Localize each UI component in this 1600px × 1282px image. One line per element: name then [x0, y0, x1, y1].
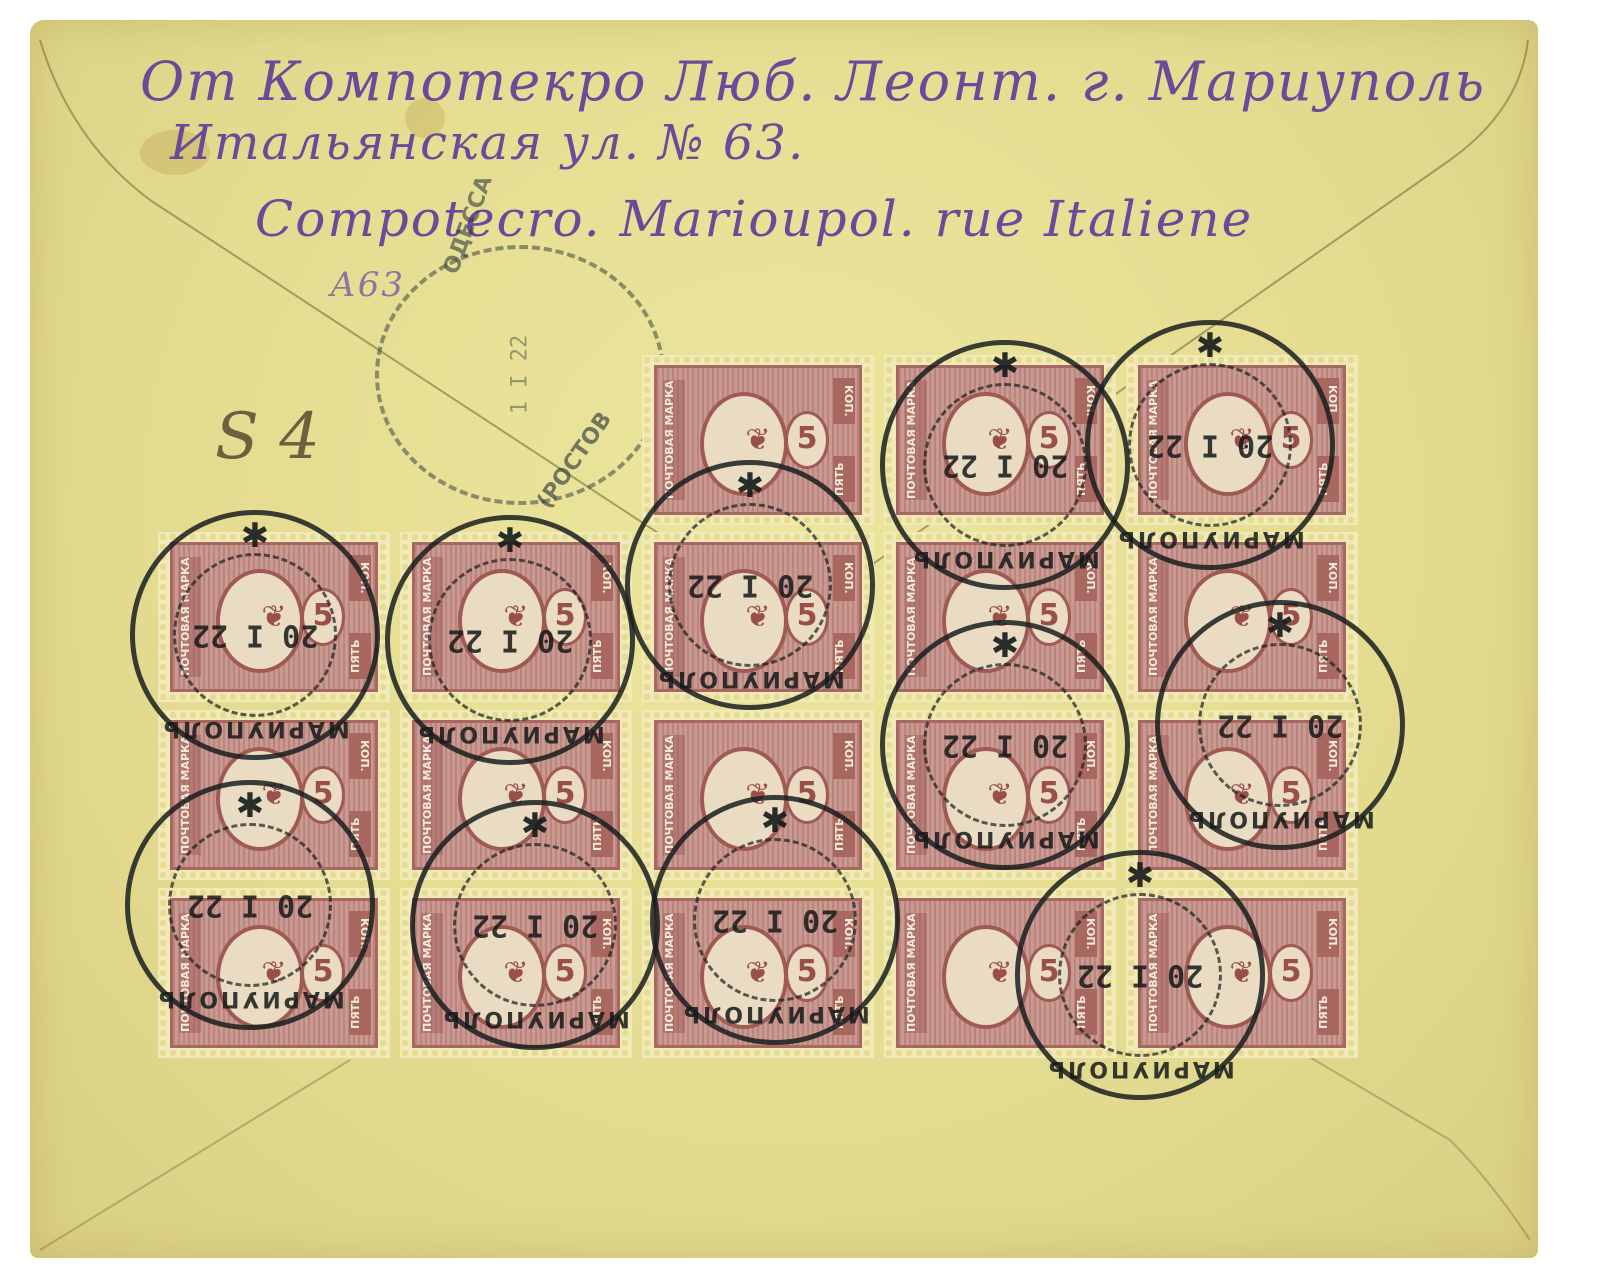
stamp-side-label: ПОЧТОВАЯ МАРКА — [179, 557, 201, 677]
stamp-design: ПОЧТОВАЯ МАРКА❦КОП.5ПЯТЬ — [1138, 542, 1346, 692]
stamp-design: ПОЧТОВАЯ МАРКА❦КОП.5ПЯТЬ — [654, 542, 862, 692]
eagle-icon: ❦ — [1229, 423, 1254, 458]
stamp-design: ПОЧТОВАЯ МАРКА❦КОП.5ПЯТЬ — [1138, 720, 1346, 870]
stamp-unit: КОП. — [1075, 733, 1097, 779]
stamp-word: ПЯТЬ — [833, 989, 855, 1035]
stamp-unit: КОП. — [1075, 378, 1097, 424]
postage-stamp: ПОЧТОВАЯ МАРКА❦КОП.5ПЯТЬ — [1126, 532, 1358, 702]
address-overwrite-note: А63 — [330, 265, 405, 305]
pencil-notation: Ѕ 4 — [215, 400, 320, 474]
eagle-icon: ❦ — [503, 956, 528, 991]
stamp-denomination: 5 — [1027, 766, 1071, 824]
stamp-denomination: 5 — [785, 944, 829, 1002]
stamp-denomination: 5 — [785, 411, 829, 469]
postage-stamp: ПОЧТОВАЯ МАРКА❦КОП.5ПЯТЬ — [884, 532, 1116, 702]
stamp-denomination: 5 — [1027, 944, 1071, 1002]
eagle-icon: ❦ — [745, 956, 770, 991]
stamp-denomination: 5 — [1269, 411, 1313, 469]
stamp-word: ПЯТЬ — [1317, 989, 1339, 1035]
eagle-icon: ❦ — [987, 423, 1012, 458]
postage-stamp: ПОЧТОВАЯ МАРКА❦КОП.5ПЯТЬ — [642, 532, 874, 702]
postage-stamp: ПОЧТОВАЯ МАРКА❦КОП.5ПЯТЬ — [884, 355, 1116, 525]
stamp-side-label: ПОЧТОВАЯ МАРКА — [1147, 557, 1169, 677]
stamp-word: ПЯТЬ — [1075, 989, 1097, 1035]
stamp-design: ПОЧТОВАЯ МАРКА❦КОП.5ПЯТЬ — [1138, 898, 1346, 1048]
stamp-denomination: 5 — [543, 588, 587, 646]
postage-stamp: ПОЧТОВАЯ МАРКА❦КОП.5ПЯТЬ — [884, 888, 1116, 1058]
eagle-icon: ❦ — [261, 956, 286, 991]
stamp-unit: КОП. — [349, 555, 371, 601]
postage-stamp: ПОЧТОВАЯ МАРКА❦КОП.5ПЯТЬ — [884, 710, 1116, 880]
stamp-side-label: ПОЧТОВАЯ МАРКА — [663, 557, 685, 677]
stamp-word: ПЯТЬ — [349, 811, 371, 857]
stamp-word: ПЯТЬ — [591, 989, 613, 1035]
eagle-icon: ❦ — [1229, 778, 1254, 813]
eagle-icon: ❦ — [503, 778, 528, 813]
stamp-design: ПОЧТОВАЯ МАРКА❦КОП.5ПЯТЬ — [654, 720, 862, 870]
stamp-side-label: ПОЧТОВАЯ МАРКА — [905, 913, 927, 1033]
eagle-icon: ❦ — [1229, 600, 1254, 635]
stamp-unit: КОП. — [1317, 378, 1339, 424]
stamp-word: ПЯТЬ — [1317, 633, 1339, 679]
postage-stamp: ПОЧТОВАЯ МАРКА❦КОП.5ПЯТЬ — [158, 532, 390, 702]
stamp-oval — [942, 747, 1030, 851]
stamp-unit: КОП. — [833, 378, 855, 424]
stamp-word: ПЯТЬ — [349, 633, 371, 679]
postage-stamp: ПОЧТОВАЯ МАРКА❦КОП.5ПЯТЬ — [1126, 355, 1358, 525]
stamp-oval — [1184, 392, 1272, 496]
stamp-design: ПОЧТОВАЯ МАРКА❦КОП.5ПЯТЬ — [1138, 365, 1346, 515]
stamp-oval — [216, 747, 304, 851]
sender-address-line-2: Итальянская ул. № 63. — [170, 115, 805, 171]
stamp-denomination: 5 — [785, 588, 829, 646]
stamp-design: ПОЧТОВАЯ МАРКА❦КОП.5ПЯТЬ — [896, 542, 1104, 692]
stamp-unit: КОП. — [1075, 911, 1097, 957]
stamp-design: ПОЧТОВАЯ МАРКА❦КОП.5ПЯТЬ — [170, 720, 378, 870]
postage-stamp: ПОЧТОВАЯ МАРКА❦КОП.5ПЯТЬ — [158, 710, 390, 880]
stamp-word: ПЯТЬ — [349, 989, 371, 1035]
eagle-icon: ❦ — [745, 778, 770, 813]
eagle-icon: ❦ — [261, 600, 286, 635]
stamp-denomination: 5 — [1027, 411, 1071, 469]
stamp-oval — [942, 569, 1030, 673]
stamp-denomination: 5 — [301, 944, 345, 1002]
stamp-unit: КОП. — [1317, 911, 1339, 957]
stamp-design: ПОЧТОВАЯ МАРКА❦КОП.5ПЯТЬ — [170, 898, 378, 1048]
postage-stamp: ПОЧТОВАЯ МАРКА❦КОП.5ПЯТЬ — [158, 888, 390, 1058]
stamp-denomination: 5 — [785, 766, 829, 824]
stamp-word: ПЯТЬ — [1317, 811, 1339, 857]
stamp-side-label: ПОЧТОВАЯ МАРКА — [905, 557, 927, 677]
stamp-side-label: ПОЧТОВАЯ МАРКА — [663, 735, 685, 855]
stamp-denomination: 5 — [1027, 588, 1071, 646]
stamp-word: ПЯТЬ — [833, 811, 855, 857]
stamp-side-label: ПОЧТОВАЯ МАРКА — [179, 913, 201, 1033]
eagle-icon: ❦ — [745, 423, 770, 458]
sender-address-line-1: От Компотекро Люб. Леонт. г. Мариуполь — [140, 50, 1486, 113]
stamp-side-label: ПОЧТОВАЯ МАРКА — [905, 380, 927, 500]
stamp-oval — [942, 925, 1030, 1029]
stamp-oval — [458, 925, 546, 1029]
stamp-design: ПОЧТОВАЯ МАРКА❦КОП.5ПЯТЬ — [654, 898, 862, 1048]
stamp-design: ПОЧТОВАЯ МАРКА❦КОП.5ПЯТЬ — [170, 542, 378, 692]
eagle-icon: ❦ — [987, 600, 1012, 635]
stamp-oval — [700, 925, 788, 1029]
stamp-denomination: 5 — [1269, 944, 1313, 1002]
stamp-unit: КОП. — [1317, 733, 1339, 779]
transit-postmark-date: 1 I 22 — [508, 234, 533, 516]
postage-stamp: ПОЧТОВАЯ МАРКА❦КОП.5ПЯТЬ — [642, 710, 874, 880]
postage-stamp: ПОЧТОВАЯ МАРКА❦КОП.5ПЯТЬ — [1126, 888, 1358, 1058]
stamp-unit: КОП. — [349, 911, 371, 957]
stamp-design: ПОЧТОВАЯ МАРКА❦КОП.5ПЯТЬ — [412, 542, 620, 692]
stamp-unit: КОП. — [833, 733, 855, 779]
stamp-denomination: 5 — [543, 944, 587, 1002]
stamp-oval — [700, 392, 788, 496]
stamp-side-label: ПОЧТОВАЯ МАРКА — [1147, 913, 1169, 1033]
stamp-side-label: ПОЧТОВАЯ МАРКА — [179, 735, 201, 855]
stamp-oval — [216, 569, 304, 673]
eagle-icon: ❦ — [987, 778, 1012, 813]
sender-address-line-3: Compotecro. Marioupol. rue Italiene — [255, 190, 1253, 248]
stamp-side-label: ПОЧТОВАЯ МАРКА — [905, 735, 927, 855]
stamp-word: ПЯТЬ — [591, 811, 613, 857]
stamp-oval — [216, 925, 304, 1029]
stamp-denomination: 5 — [1269, 766, 1313, 824]
stamp-design: ПОЧТОВАЯ МАРКА❦КОП.5ПЯТЬ — [654, 365, 862, 515]
stamp-word: ПЯТЬ — [1075, 456, 1097, 502]
stamp-design: ПОЧТОВАЯ МАРКА❦КОП.5ПЯТЬ — [412, 898, 620, 1048]
stamp-side-label: ПОЧТОВАЯ МАРКА — [1147, 735, 1169, 855]
stamp-side-label: ПОЧТОВАЯ МАРКА — [663, 380, 685, 500]
stamp-side-label: ПОЧТОВАЯ МАРКА — [421, 913, 443, 1033]
stamp-word: ПЯТЬ — [1317, 456, 1339, 502]
eagle-icon: ❦ — [261, 778, 286, 813]
stamp-word: ПЯТЬ — [591, 633, 613, 679]
stamp-unit: КОП. — [349, 733, 371, 779]
stamp-word: ПЯТЬ — [1075, 633, 1097, 679]
stamp-unit: КОП. — [591, 911, 613, 957]
stamp-unit: КОП. — [1075, 555, 1097, 601]
eagle-icon: ❦ — [745, 600, 770, 635]
stamp-side-label: ПОЧТОВАЯ МАРКА — [1147, 380, 1169, 500]
stamp-oval — [1184, 925, 1272, 1029]
stamp-design: ПОЧТОВАЯ МАРКА❦КОП.5ПЯТЬ — [896, 720, 1104, 870]
stamp-side-label: ПОЧТОВАЯ МАРКА — [421, 735, 443, 855]
stamp-side-label: ПОЧТОВАЯ МАРКА — [663, 913, 685, 1033]
stamp-word: ПЯТЬ — [833, 633, 855, 679]
eagle-icon: ❦ — [1229, 956, 1254, 991]
stamp-oval — [942, 392, 1030, 496]
stamp-oval — [1184, 747, 1272, 851]
stamp-unit: КОП. — [833, 555, 855, 601]
postage-stamp: ПОЧТОВАЯ МАРКА❦КОП.5ПЯТЬ — [400, 888, 632, 1058]
stamp-oval — [458, 569, 546, 673]
stamp-denomination: 5 — [1269, 588, 1313, 646]
stamp-design: ПОЧТОВАЯ МАРКА❦КОП.5ПЯТЬ — [896, 898, 1104, 1048]
stamp-word: ПЯТЬ — [1075, 811, 1097, 857]
stamp-oval — [458, 747, 546, 851]
stamp-design: ПОЧТОВАЯ МАРКА❦КОП.5ПЯТЬ — [412, 720, 620, 870]
eagle-icon: ❦ — [987, 956, 1012, 991]
postage-stamp: ПОЧТОВАЯ МАРКА❦КОП.5ПЯТЬ — [1126, 710, 1358, 880]
stamp-unit: КОП. — [591, 555, 613, 601]
postage-stamp: ПОЧТОВАЯ МАРКА❦КОП.5ПЯТЬ — [642, 888, 874, 1058]
stamp-design: ПОЧТОВАЯ МАРКА❦КОП.5ПЯТЬ — [896, 365, 1104, 515]
stamp-oval — [700, 569, 788, 673]
eagle-icon: ❦ — [503, 600, 528, 635]
stamp-side-label: ПОЧТОВАЯ МАРКА — [421, 557, 443, 677]
envelope-back: От Компотекро Люб. Леонт. г. Мариуполь И… — [30, 20, 1538, 1258]
stamp-denomination: 5 — [301, 588, 345, 646]
stamp-oval — [700, 747, 788, 851]
stamp-unit: КОП. — [591, 733, 613, 779]
postage-stamp: ПОЧТОВАЯ МАРКА❦КОП.5ПЯТЬ — [400, 710, 632, 880]
stamp-word: ПЯТЬ — [833, 456, 855, 502]
postage-stamp: ПОЧТОВАЯ МАРКА❦КОП.5ПЯТЬ — [400, 532, 632, 702]
stamp-denomination: 5 — [301, 766, 345, 824]
postage-stamp: ПОЧТОВАЯ МАРКА❦КОП.5ПЯТЬ — [642, 355, 874, 525]
stamp-unit: КОП. — [833, 911, 855, 957]
stamp-unit: КОП. — [1317, 555, 1339, 601]
stamp-denomination: 5 — [543, 766, 587, 824]
transit-postmark: ОДЕССА 1 I 22 (РОСТОВ — [375, 245, 665, 505]
stamp-oval — [1184, 569, 1272, 673]
